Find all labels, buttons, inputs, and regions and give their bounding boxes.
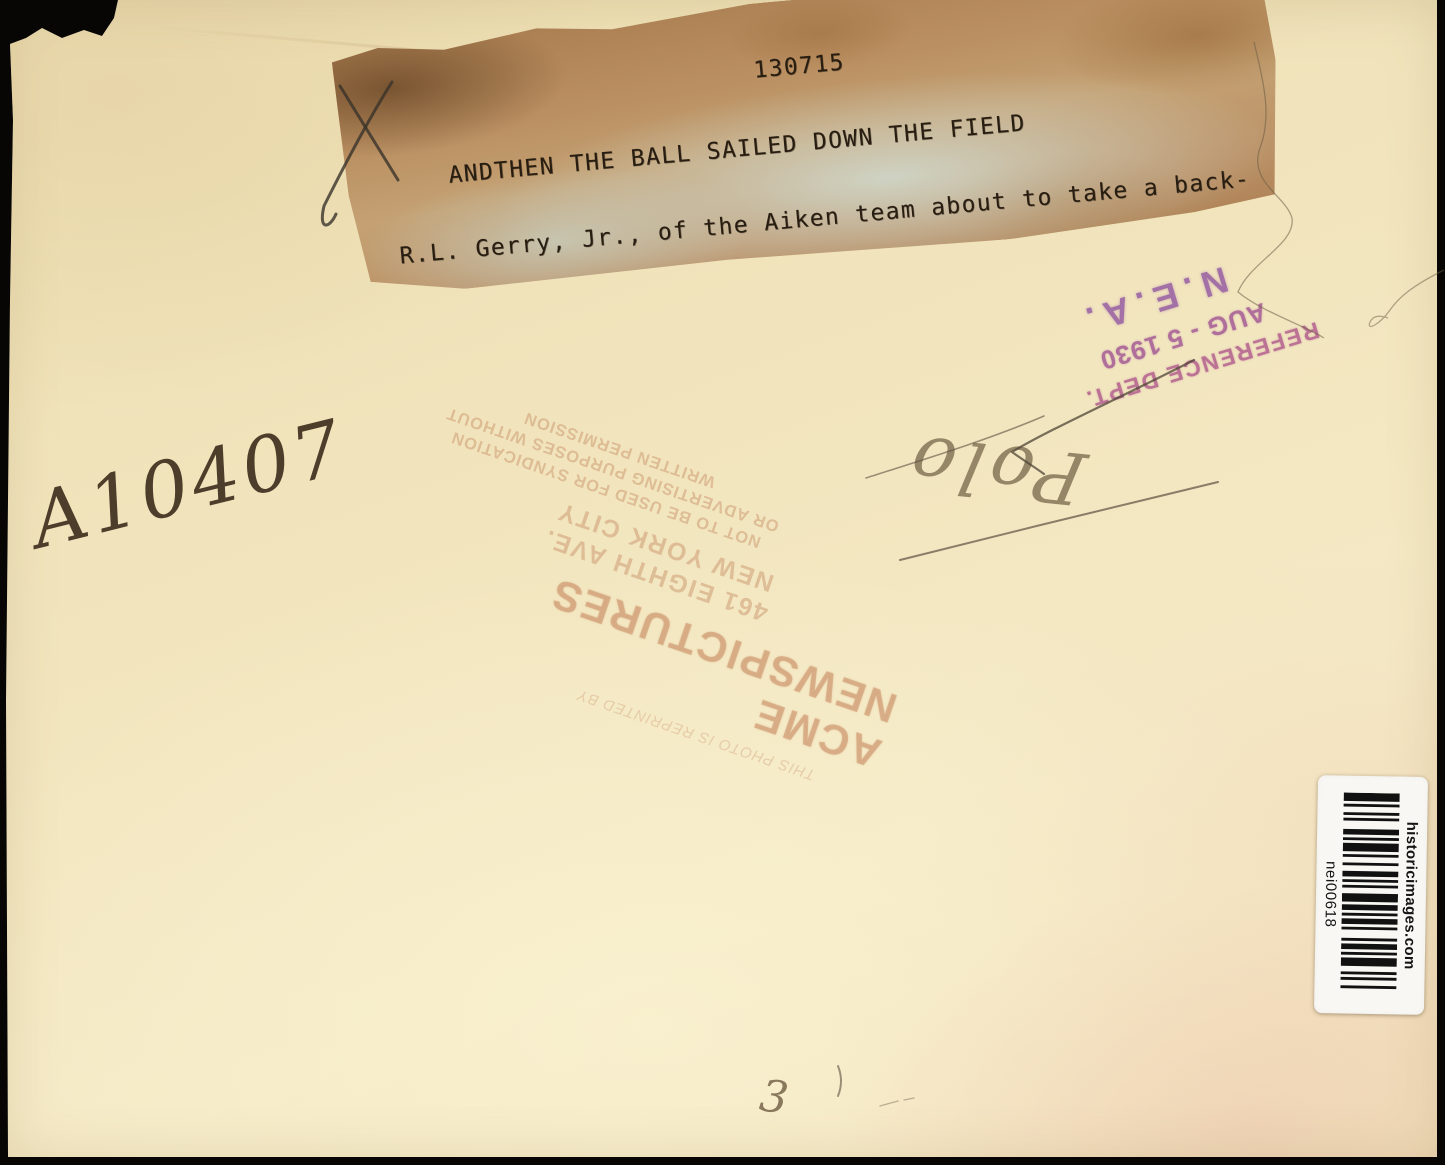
sticker-site-text: historicimages.com: [1401, 822, 1421, 970]
sticker-id-text: nei00618: [1322, 861, 1340, 928]
barcode: [1341, 793, 1401, 998]
archive-sticker: historicimages.com nei00618: [1314, 775, 1428, 1015]
scan-background: { "caption_label": { "photo_number": "13…: [0, 0, 1445, 1165]
archive-sticker-content: historicimages.com nei00618: [1314, 775, 1428, 1015]
